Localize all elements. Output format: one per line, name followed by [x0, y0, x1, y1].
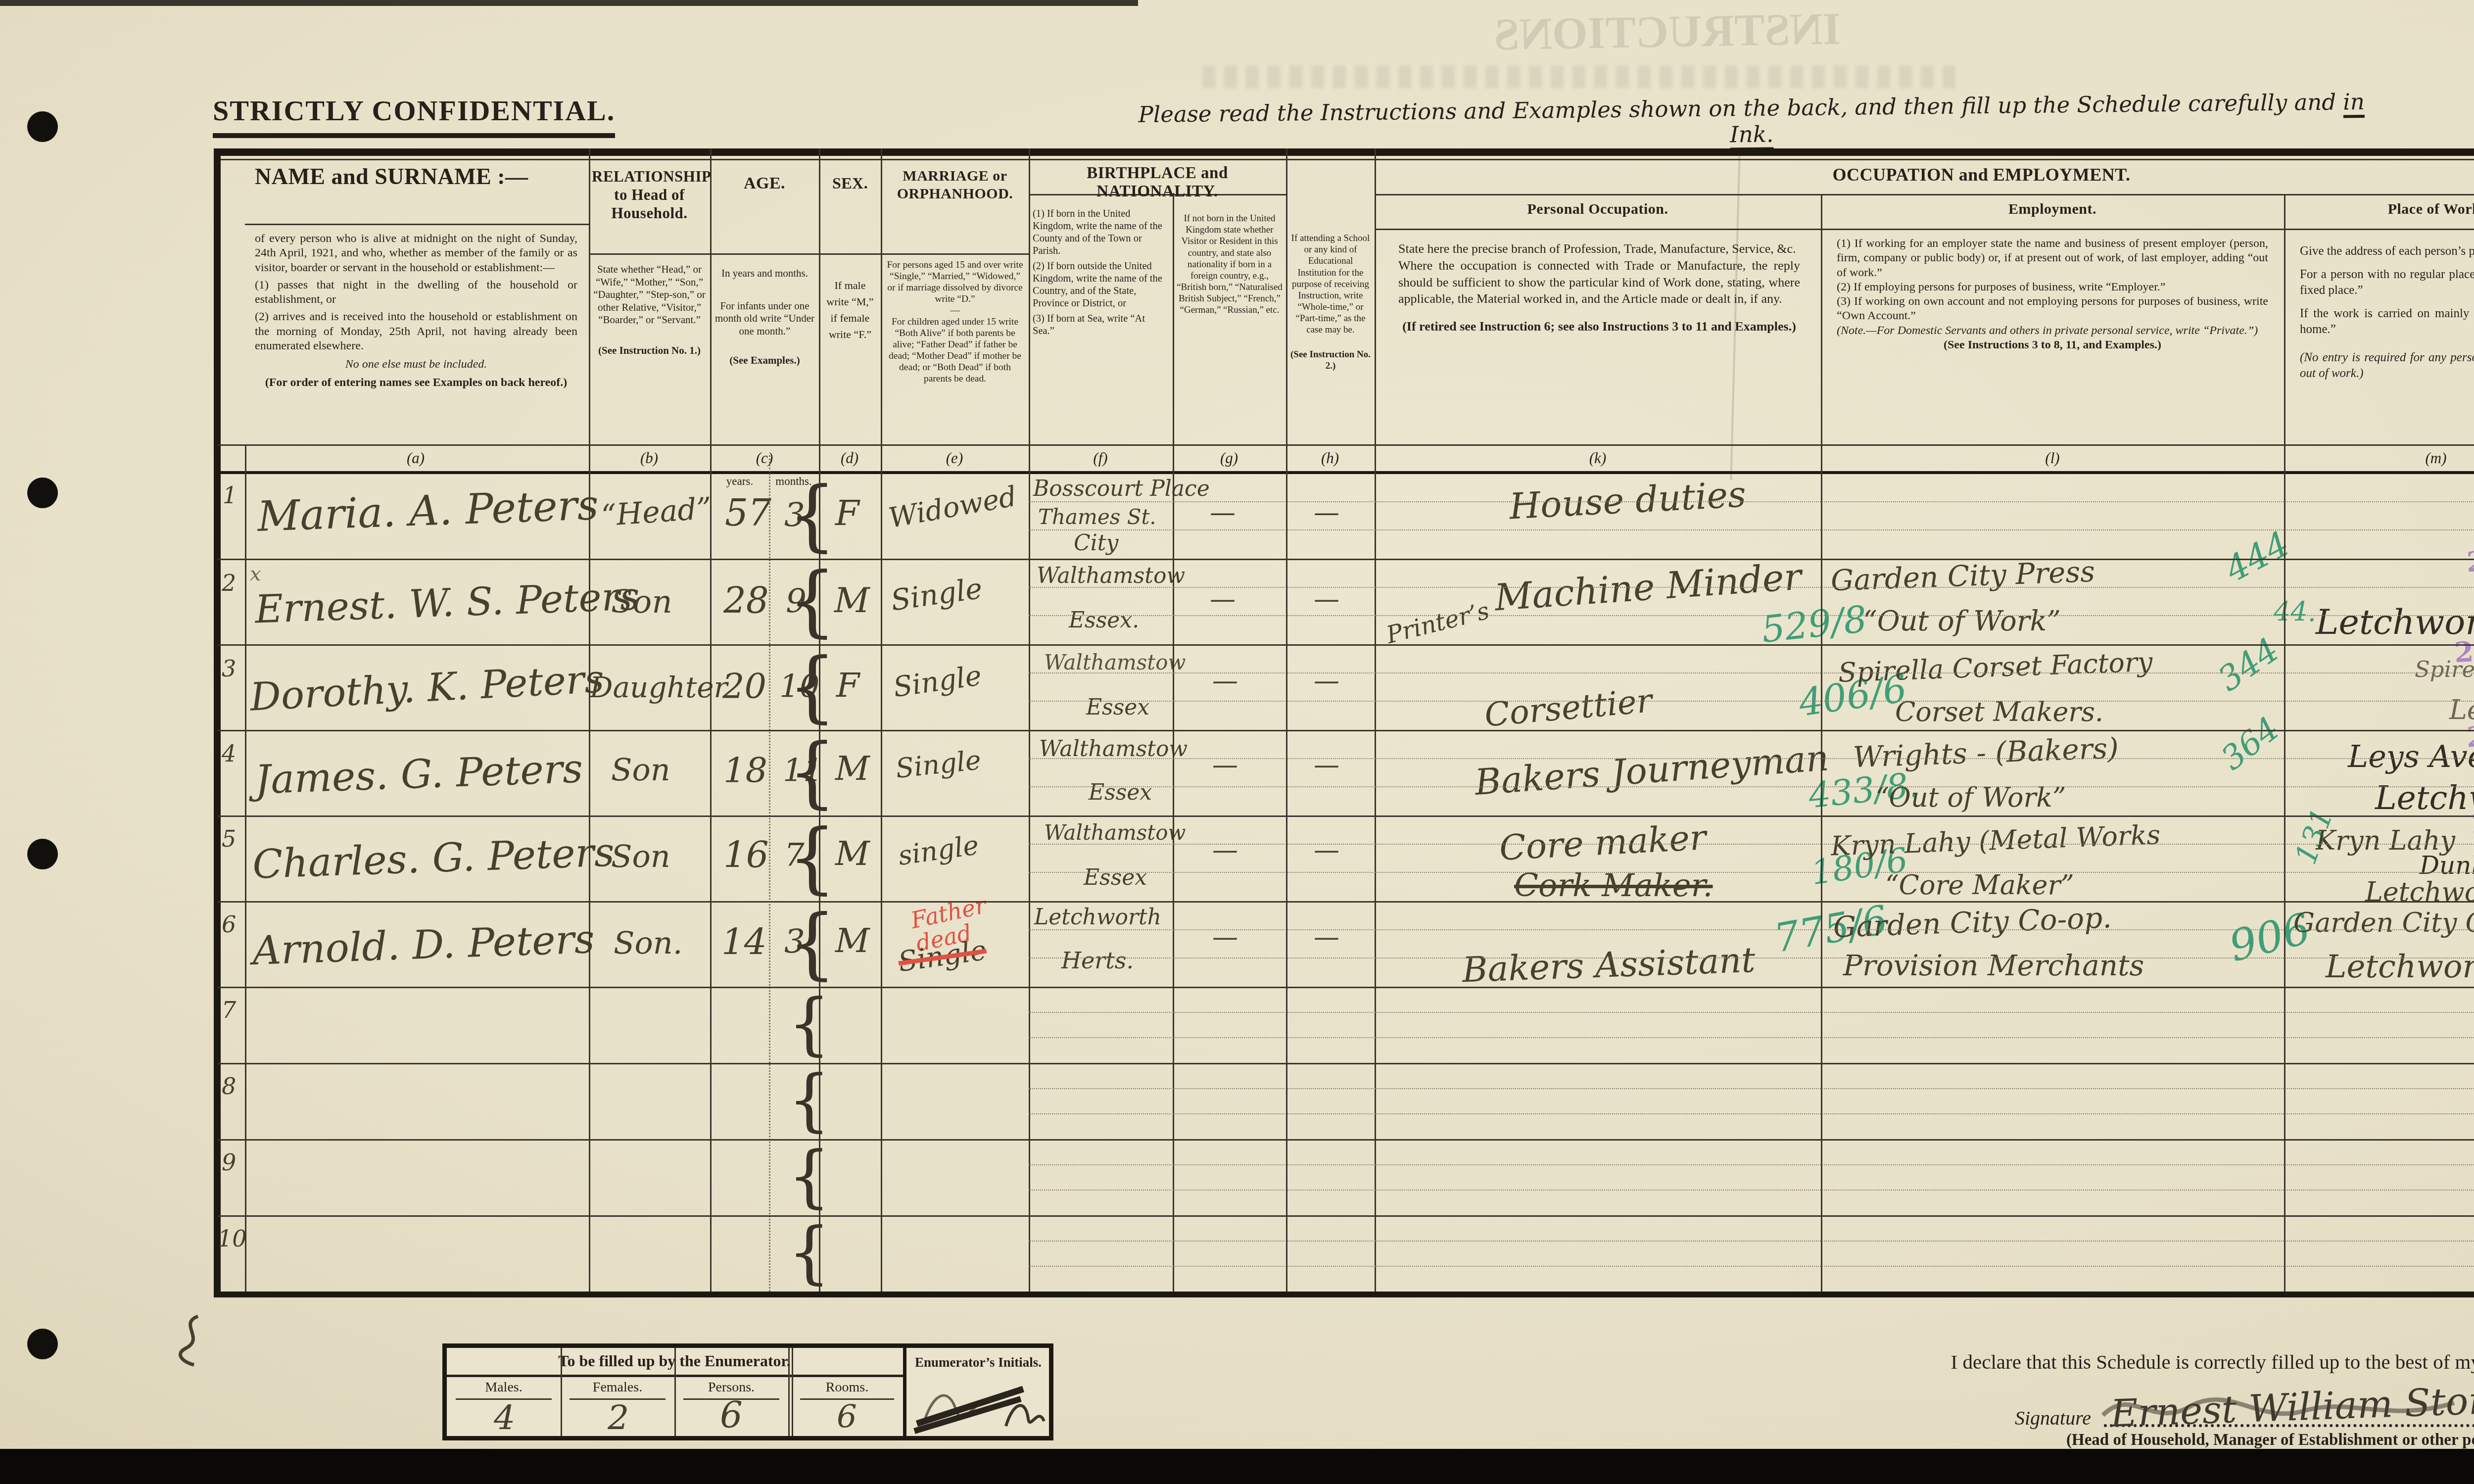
- enumerator-initials-scribble: [909, 1372, 1053, 1436]
- employer-entry: “Core Maker”: [1885, 872, 2074, 899]
- personal-occupation-title: Personal Occupation.: [1375, 201, 1821, 218]
- entry-guide-line: [1029, 1190, 2474, 1191]
- age-years-entry: 20: [722, 669, 766, 704]
- margin-squiggle: [163, 1311, 223, 1371]
- employer-code: 364: [2216, 712, 2285, 776]
- entry-guide-line: [1029, 872, 2474, 873]
- table-line: [218, 901, 2474, 903]
- row-brace: {: [788, 475, 837, 556]
- table-line: [218, 1139, 2474, 1141]
- age-subheader-years: years.: [712, 475, 768, 488]
- classification-title: STRICTLY CONFIDENTIAL.: [213, 94, 615, 138]
- occupation-code: 529/8: [1760, 601, 1869, 648]
- age-years-entry: 28: [723, 583, 769, 619]
- nationality-dash: —: [1212, 752, 1238, 778]
- sex-entry: M: [835, 837, 870, 871]
- relationship-entry: Son.: [614, 928, 682, 958]
- marriage-entry: Single: [892, 662, 983, 702]
- table-line: [1375, 148, 1376, 1292]
- col-letter-b: (b): [624, 449, 674, 467]
- age-years-entry: 14: [721, 924, 767, 960]
- age-years-entry: 57: [725, 495, 771, 531]
- occupation-qualifier: Printer’s: [1384, 599, 1491, 647]
- occupation-struck-entry: Cork Maker.: [1514, 870, 1713, 902]
- relationship-entry: “Head”: [600, 493, 713, 530]
- employer-entry: Kryn Lahy (Metal Works: [1830, 821, 2161, 860]
- sex-entry: F: [836, 669, 859, 703]
- employer-entry: Corset Makers.: [1895, 699, 2103, 725]
- row-number: 6: [222, 913, 236, 936]
- name-entry: Arnold. D. Peters: [252, 919, 595, 971]
- marriage-entry: Widowed: [887, 483, 1019, 532]
- signature-scribble: [2093, 1376, 2469, 1435]
- industry-code-stamp: 2490.01: [2471, 803, 2474, 841]
- relationship-entry: Son: [611, 586, 672, 618]
- employment-desc: (1) If working for an employer state the…: [1837, 237, 2268, 439]
- col-letter-e: (e): [930, 449, 979, 467]
- entry-guide-line: [1029, 672, 2474, 673]
- table-line: [881, 148, 882, 1292]
- school-dash: —: [1314, 752, 1339, 778]
- census-schedule-page: INSTRUCTIONS AND 1921. STRICTLY CONFIDEN…: [0, 0, 2474, 1484]
- table-line: [1029, 148, 1030, 1292]
- col-marriage-desc: For persons aged 15 and over write “Sing…: [886, 259, 1024, 442]
- employer-entry: Garden City Co-op.: [1833, 903, 2112, 942]
- row-brace: {: [788, 646, 837, 727]
- employer-code: 344: [2213, 633, 2284, 697]
- row-number: 3: [222, 657, 236, 680]
- school-dash: —: [1314, 837, 1339, 863]
- nationality-dash: —: [1212, 668, 1238, 694]
- name-entry: Maria. A. Peters: [257, 484, 599, 537]
- place-of-work-entry: Garden City Coop Ltd: [2293, 910, 2474, 936]
- occupation-entry: Corsettier: [1483, 684, 1654, 731]
- entry-guide-line: [1029, 587, 2474, 588]
- entry-guide-line: [1029, 957, 2474, 958]
- table-line: [589, 148, 590, 1292]
- row-brace: {: [788, 1141, 831, 1212]
- sex-entry: M: [835, 924, 870, 958]
- declaration-text: I declare that this Schedule is correctl…: [1801, 1350, 2474, 1374]
- row-brace: {: [788, 989, 831, 1060]
- rooms-value: 6: [837, 1401, 857, 1433]
- row-brace: {: [788, 817, 837, 898]
- persons-value: 6: [720, 1397, 743, 1433]
- entry-guide-line: [1029, 1164, 2474, 1165]
- col-letter-m: (m): [2411, 449, 2461, 467]
- col-birthplace-desc: (1) If born in the United Kingdom, write…: [1033, 208, 1169, 440]
- birthplace-entry: Essex: [1084, 867, 1147, 889]
- employer-entry: Provision Merchants: [1843, 951, 2144, 980]
- entry-guide-line: [1029, 929, 2474, 930]
- birthplace-entry: Essex: [1086, 697, 1149, 718]
- entry-guide-line: [1029, 1266, 2474, 1267]
- row-brace: {: [788, 1065, 831, 1136]
- occupation-entry: Bakers Journeyman: [1474, 740, 1830, 800]
- name-entry: Dorothy. K. Peters: [249, 660, 605, 717]
- col-letter-c: (c): [740, 449, 789, 467]
- employer-entry: Wrights - (Bakers): [1853, 734, 2119, 772]
- punch-hole: [27, 111, 58, 142]
- col-relationship-title: RELATIONSHIP to Head of Household.: [592, 167, 707, 223]
- col-letter-a: (a): [391, 449, 440, 467]
- col-age-desc: In years and months. For infants under o…: [714, 267, 815, 440]
- row-number: 4: [222, 742, 236, 765]
- employer-entry: Garden City Press: [1830, 557, 2095, 595]
- table-line: [245, 444, 246, 1292]
- employer-code: 444: [2220, 526, 2294, 588]
- ghost-smudge-bar: [1202, 65, 1964, 88]
- entry-guide-line: [1029, 1037, 2474, 1038]
- row-brace: {: [788, 1217, 831, 1289]
- entry-guide-line: [1029, 1241, 2474, 1242]
- birthplace-group-title: BIRTHPLACE and NATIONALITY.: [1029, 164, 1286, 201]
- relationship-entry: Son: [611, 841, 670, 872]
- school-dash: —: [1314, 668, 1339, 694]
- marriage-entry: Single: [889, 574, 984, 615]
- table-line: [710, 148, 712, 1292]
- entry-guide-line: [1029, 529, 2474, 530]
- declaration-foot: (Head of Household, Manager of Establish…: [1930, 1431, 2474, 1449]
- birthplace-entry: Bosscourt Place: [1033, 478, 1210, 500]
- entry-guide-line: [1029, 1088, 2474, 1089]
- col-sex-title: SEX.: [821, 174, 879, 192]
- table-line: [1286, 148, 1287, 1292]
- nationality-dash: —: [1212, 837, 1238, 863]
- table-line: [218, 1063, 2474, 1064]
- sex-entry: M: [834, 583, 870, 618]
- table-line: [1173, 193, 1174, 1292]
- rooms-header: Rooms.: [791, 1380, 903, 1395]
- place-of-work-entry: Dunhams Lane: [2420, 853, 2474, 878]
- row-brace: {: [788, 903, 837, 984]
- birthplace-entry: Letchworth: [1034, 907, 1161, 928]
- marriage-entry: single: [897, 832, 980, 869]
- ghost-back-title: INSTRUCTIONS: [1296, 2, 1841, 64]
- birthplace-entry: Walthamstow: [1044, 822, 1186, 843]
- entry-guide-line: [1029, 1012, 2474, 1013]
- birthplace-entry: Essex: [1089, 782, 1152, 804]
- entry-guide-line: [1029, 1113, 2474, 1114]
- col-sex-desc: If male write “M,” if female write “F.”: [822, 277, 878, 435]
- col-relationship-desc: State whether “Head,” or “Wife,” “Mother…: [593, 263, 706, 441]
- sex-entry: F: [835, 496, 859, 530]
- occupation-entry: House duties: [1508, 477, 1747, 525]
- sex-entry: M: [835, 752, 870, 786]
- place-of-work-entry: Letchworth: [2326, 951, 2474, 983]
- males-header: Males.: [447, 1380, 561, 1395]
- entry-guide-line: [1029, 615, 2474, 616]
- col-age-title: AGE.: [713, 174, 816, 193]
- entry-guide-line: [1029, 501, 2474, 502]
- school-dash: —: [1314, 924, 1339, 950]
- col-letter-l: (l): [2028, 449, 2077, 467]
- col-letter-d: (d): [825, 449, 874, 467]
- employer-entry: “Out of Work”: [1875, 784, 2066, 811]
- signature-label: Signature: [2015, 1406, 2091, 1430]
- punch-hole: [27, 1329, 58, 1359]
- age-years-entry: 18: [723, 753, 767, 788]
- employer-entry: Spirella Corset Factory: [1838, 649, 2153, 686]
- row-brace: {: [788, 732, 837, 813]
- personal-occupation-desc: State here the precise branch of Profess…: [1398, 240, 1800, 438]
- employer-entry: “Out of Work”: [1863, 608, 2061, 635]
- occupation-group-title: OCCUPATION and EMPLOYMENT.: [1375, 164, 2474, 185]
- males-value: 4: [494, 1401, 515, 1435]
- table-line: [2284, 195, 2285, 1292]
- table-line: [769, 455, 770, 1292]
- relationship-entry: Daughter: [590, 673, 727, 702]
- employer-code: 44.: [2274, 599, 2316, 625]
- entry-guide-line: [1029, 758, 2474, 759]
- col-school-desc: If attending a School or any kind of Edu…: [1289, 233, 1372, 440]
- birthplace-entry: Herts.: [1061, 949, 1134, 972]
- nationality-dash: —: [1212, 924, 1238, 950]
- table-line: [218, 644, 2474, 646]
- females-header: Females.: [561, 1380, 674, 1395]
- row-brace: {: [788, 561, 837, 641]
- birthplace-entry: Thames St.: [1038, 507, 1156, 527]
- nationality-dash: —: [1210, 586, 1236, 612]
- table-line: [218, 987, 2474, 988]
- entry-guide-line: [1029, 701, 2474, 702]
- name-entry: James. G. Peters: [254, 749, 584, 800]
- age-years-entry: 16: [723, 837, 769, 873]
- entry-guide-line: [1029, 786, 2474, 787]
- col-marriage-title: MARRIAGE or ORPHANHOOD.: [884, 167, 1026, 203]
- scan-edge-top: [0, 0, 1138, 6]
- employment-title: Employment.: [1821, 201, 2284, 218]
- occupation-entry: Bakers Assistant: [1462, 943, 1756, 988]
- col-letter-f: (f): [1076, 449, 1125, 467]
- row-number: 2: [222, 572, 236, 594]
- table-line: [218, 559, 2474, 560]
- enumerator-box: To be filled up by the Enumerator. Males…: [442, 1343, 1053, 1440]
- enumerator-initials-label: Enumerator’s Initials.: [906, 1355, 1050, 1370]
- place-of-work-entry: Letchworth: [2316, 605, 2474, 639]
- school-dash: —: [1314, 586, 1339, 612]
- col-letter-k: (k): [1573, 449, 1622, 467]
- birthplace-entry: City: [1074, 532, 1118, 554]
- place-of-work-entry: Spirella Corsett Co: [2415, 658, 2474, 680]
- col-name-title: NAME and SURNAME :—: [255, 163, 581, 190]
- row-number: 1: [223, 484, 237, 507]
- col-nationality-desc: If not born in the United Kingdom state …: [1176, 213, 1284, 440]
- marriage-entry-struck: Single: [897, 937, 988, 976]
- place-of-work-entry: Leys Avenue: [2348, 741, 2474, 772]
- table-line: [218, 815, 2474, 817]
- row-number: 9: [222, 1151, 236, 1174]
- nationality-dash: —: [1210, 500, 1236, 526]
- punch-hole: [27, 478, 58, 508]
- birthplace-entry: Walthamstow: [1044, 652, 1186, 673]
- marriage-entry: Single: [895, 747, 983, 782]
- birthplace-entry: Walthamstow: [1039, 738, 1188, 760]
- females-value: 2: [608, 1401, 629, 1435]
- row-number: 7: [222, 999, 236, 1021]
- place-of-work-desc: Give the address of each person’s place …: [2300, 243, 2474, 439]
- fill-in-ink-instruction: Please read the Instructions and Example…: [1113, 88, 2390, 154]
- persons-header: Persons.: [674, 1380, 788, 1395]
- occupation-entry: Core maker: [1498, 820, 1707, 865]
- table-line: [218, 1215, 2474, 1217]
- punch-hole: [27, 839, 58, 869]
- birthplace-entry: Walthamstow: [1037, 565, 1185, 587]
- name-entry: Charles. G. Peters: [252, 832, 615, 884]
- col-name-desc: of every person who is alive at midnight…: [255, 232, 577, 442]
- relationship-entry: Son: [611, 755, 670, 785]
- table-line: [218, 730, 2474, 731]
- pencil-mark: x: [250, 564, 261, 584]
- row-number: 10: [218, 1227, 247, 1250]
- row-number: 5: [222, 827, 236, 850]
- birthplace-entry: Essex.: [1069, 610, 1139, 631]
- school-dash: —: [1314, 500, 1339, 526]
- entry-guide-line: [1029, 844, 2474, 845]
- scan-edge-bottom: [0, 1449, 2474, 1484]
- place-of-work-entry: Kryn Lahy: [2316, 827, 2455, 854]
- table-line: [1821, 195, 1822, 1292]
- col-letter-h: (h): [1305, 449, 1355, 467]
- col-letter-g: (g): [1204, 449, 1254, 467]
- name-entry: Ernest. W. S. Peters: [254, 577, 640, 629]
- row-number: 8: [222, 1075, 236, 1098]
- place-of-work-title: Place of Work.: [2284, 201, 2474, 218]
